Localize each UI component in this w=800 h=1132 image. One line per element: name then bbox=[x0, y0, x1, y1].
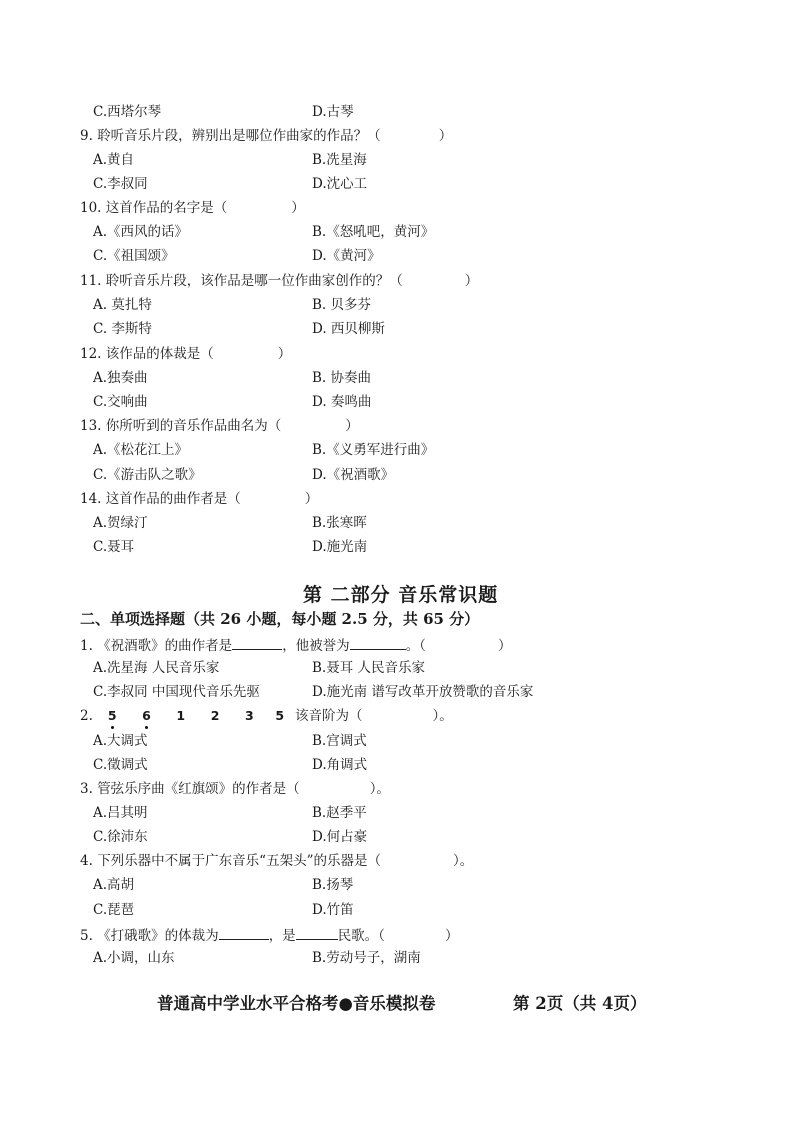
p2-q3-option-c: C.徐沛东 bbox=[93, 828, 148, 846]
q8-option-d: D.古琴 bbox=[312, 103, 354, 121]
p2-q1-option-d: D.施光南 谱写改革开放赞歌的音乐家 bbox=[312, 683, 533, 701]
q9-option-a: A.黄自 bbox=[93, 151, 134, 169]
p2-q4-option-b: B.扬琴 bbox=[312, 876, 353, 894]
fill-blank bbox=[232, 635, 282, 650]
p2-q1-option-a: A.冼星海 人民音乐家 bbox=[93, 659, 219, 677]
answer-paren-close: ） bbox=[439, 128, 453, 144]
fill-blank bbox=[219, 925, 269, 940]
question-text: 管弦乐序曲《红旗颂》的作者是（ bbox=[97, 781, 300, 797]
p2-question-5: 5. 《打硪歌》的体裁为，是民歌。（） bbox=[80, 925, 458, 945]
q13-option-b: B.《义勇军进行曲》 bbox=[312, 441, 434, 459]
question-text: 下列乐器中不属于广东音乐“五架头”的乐器是（ bbox=[97, 853, 381, 869]
q12-option-d: D. 奏鸣曲 bbox=[312, 393, 371, 411]
q10-option-c: C.《祖国颂》 bbox=[93, 247, 175, 265]
q14-option-c: C.聂耳 bbox=[93, 538, 134, 556]
note-digit: 5 bbox=[108, 708, 117, 723]
question-number: 4. bbox=[80, 853, 93, 869]
p2-q4-option-a: A.高胡 bbox=[93, 876, 134, 894]
question-9: 9. 聆听音乐片段，辨别出是哪位作曲家的作品？（） bbox=[80, 127, 452, 145]
p2-q1-option-c: C.李叔同 中国现代音乐先驱 bbox=[93, 683, 260, 701]
question-text: 你所听到的音乐作品曲名为（ bbox=[106, 418, 282, 434]
q11-option-c: C. 李斯特 bbox=[93, 320, 152, 338]
p2-q3-option-a: A.吕其明 bbox=[93, 804, 148, 822]
q9-option-c: C.李叔同 bbox=[93, 175, 148, 193]
fill-blank bbox=[296, 925, 338, 940]
answer-paren-close: ）。 bbox=[432, 708, 452, 724]
question-text: 该作品的体裁是（ bbox=[106, 346, 214, 362]
note-digit: 1 bbox=[176, 708, 185, 723]
question-number: 11. bbox=[80, 273, 101, 289]
exam-page: C.西塔尔琴 D.古琴 9. 聆听音乐片段，辨别出是哪位作曲家的作品？（） A.… bbox=[0, 0, 800, 1132]
answer-paren-close: ） bbox=[291, 200, 305, 216]
p2-question-2: 2. 5 6 1 2 3 5 该音阶为（）。 bbox=[80, 707, 453, 725]
low-octave-dot bbox=[145, 726, 148, 729]
question-number: 1. bbox=[80, 638, 93, 654]
note-digit: 6 bbox=[142, 708, 151, 723]
p2-q4-option-d: D.竹笛 bbox=[312, 901, 354, 919]
question-10: 10. 这首作品的名字是（） bbox=[80, 199, 305, 217]
q10-option-d: D.《黄河》 bbox=[312, 247, 381, 265]
question-text: 民歌。（ bbox=[338, 928, 385, 944]
answer-paren-close: ）。 bbox=[370, 781, 390, 797]
question-12: 12. 该作品的体裁是（） bbox=[80, 345, 291, 363]
q13-option-a: A.《松花江上》 bbox=[93, 441, 188, 459]
p2-q2-option-a: A.大调式 bbox=[93, 732, 148, 750]
q12-option-a: A.独奏曲 bbox=[93, 369, 148, 387]
p2-q1-option-b: B.聂耳 人民音乐家 bbox=[312, 659, 425, 677]
question-text: 《祝酒歌》的曲作者是 bbox=[97, 638, 232, 654]
p2-question-1: 1. 《祝酒歌》的曲作者是，他被誉为。（） bbox=[80, 635, 511, 655]
q14-option-a: A.贺绿汀 bbox=[93, 514, 148, 532]
footer-exam-title: 普通高中学业水平合格考●音乐模拟卷 bbox=[157, 990, 435, 1014]
q11-option-a: A. 莫扎特 bbox=[93, 296, 152, 314]
q11-option-b: B. 贝多芬 bbox=[312, 296, 371, 314]
q13-option-d: D.《祝酒歌》 bbox=[312, 466, 394, 484]
p2-q5-option-b: B.劳动号子，湖南 bbox=[312, 949, 421, 967]
question-number: 9. bbox=[80, 128, 93, 144]
answer-paren-close: ） bbox=[345, 418, 359, 434]
question-number: 13. bbox=[80, 418, 101, 434]
jianpu-note: 3 bbox=[234, 707, 264, 725]
q13-option-c: C.《游击队之歌》 bbox=[93, 466, 202, 484]
jianpu-note: 5 bbox=[97, 707, 127, 725]
question-number: 2. bbox=[80, 708, 93, 724]
note-digit: 3 bbox=[245, 708, 254, 723]
question-number: 10. bbox=[80, 200, 101, 216]
q9-option-b: B.冼星海 bbox=[312, 151, 367, 169]
q8-option-c: C.西塔尔琴 bbox=[93, 103, 161, 121]
q12-option-c: C.交响曲 bbox=[93, 393, 148, 411]
note-digit: 2 bbox=[211, 708, 220, 723]
q14-option-d: D.施光南 bbox=[312, 538, 367, 556]
question-text: 。（ bbox=[406, 638, 426, 654]
q11-option-d: D. 西贝柳斯 bbox=[312, 320, 385, 338]
question-number: 3. bbox=[80, 781, 93, 797]
jianpu-note: 6 bbox=[131, 707, 161, 725]
p2-question-3: 3. 管弦乐序曲《红旗颂》的作者是（）。 bbox=[80, 780, 390, 798]
answer-paren-close: ）。 bbox=[453, 853, 473, 869]
question-14: 14. 这首作品的曲作者是（） bbox=[80, 490, 318, 508]
question-text: 聆听音乐片段，该作品是哪一位作曲家创作的？（ bbox=[106, 273, 403, 289]
p2-q3-option-d: D.何占豪 bbox=[312, 828, 367, 846]
question-text: 这首作品的名字是（ bbox=[106, 200, 228, 216]
answer-paren-close: ） bbox=[305, 491, 319, 507]
p2-q2-option-c: C.徵调式 bbox=[93, 756, 148, 774]
question-text: 《打硪歌》的体裁为 bbox=[97, 928, 219, 944]
jianpu-note: 5 bbox=[269, 707, 291, 725]
answer-paren-close: ） bbox=[498, 638, 512, 654]
question-text: ，他被誉为 bbox=[282, 638, 350, 654]
question-text: ，是 bbox=[269, 928, 296, 944]
p2-q2-option-d: D.角调式 bbox=[312, 756, 367, 774]
answer-paren-close: ） bbox=[465, 273, 479, 289]
question-13: 13. 你所听到的音乐作品曲名为（） bbox=[80, 417, 359, 435]
footer-page-info: 第 2页（共 4页） bbox=[513, 990, 646, 1014]
jianpu-note: 1 bbox=[166, 707, 196, 725]
section-title: 第 二部分 音乐常识题 bbox=[303, 580, 498, 607]
answer-paren-close: ） bbox=[445, 928, 459, 944]
p2-question-4: 4. 下列乐器中不属于广东音乐“五架头”的乐器是（）。 bbox=[80, 852, 473, 870]
p2-q2-option-b: B.宫调式 bbox=[312, 732, 367, 750]
p2-q3-option-b: B.赵季平 bbox=[312, 804, 367, 822]
section-subtitle: 二、单项选择题（共 26 小题，每小题 2.5 分，共 65 分） bbox=[80, 608, 479, 629]
q10-option-b: B.《怒吼吧，黄河》 bbox=[312, 223, 434, 241]
question-number: 14. bbox=[80, 491, 101, 507]
question-number: 12. bbox=[80, 346, 101, 362]
note-digit: 5 bbox=[275, 708, 284, 723]
low-octave-dot bbox=[111, 726, 114, 729]
jianpu-note: 2 bbox=[200, 707, 230, 725]
q14-option-b: B.张寒晖 bbox=[312, 514, 367, 532]
q12-option-b: B. 协奏曲 bbox=[312, 369, 371, 387]
answer-paren-close: ） bbox=[278, 346, 292, 362]
p2-q4-option-c: C.琵琶 bbox=[93, 901, 134, 919]
q10-option-a: A.《西风的话》 bbox=[93, 223, 188, 241]
fill-blank bbox=[350, 635, 406, 650]
question-text: 该音阶为（ bbox=[295, 708, 363, 724]
question-text: 聆听音乐片段，辨别出是哪位作曲家的作品？（ bbox=[97, 128, 381, 144]
q9-option-d: D.沈心工 bbox=[312, 175, 367, 193]
question-number: 5. bbox=[80, 928, 93, 944]
question-11: 11. 聆听音乐片段，该作品是哪一位作曲家创作的？（） bbox=[80, 272, 478, 290]
p2-q5-option-a: A.小调，山东 bbox=[93, 949, 175, 967]
question-text: 这首作品的曲作者是（ bbox=[106, 491, 241, 507]
